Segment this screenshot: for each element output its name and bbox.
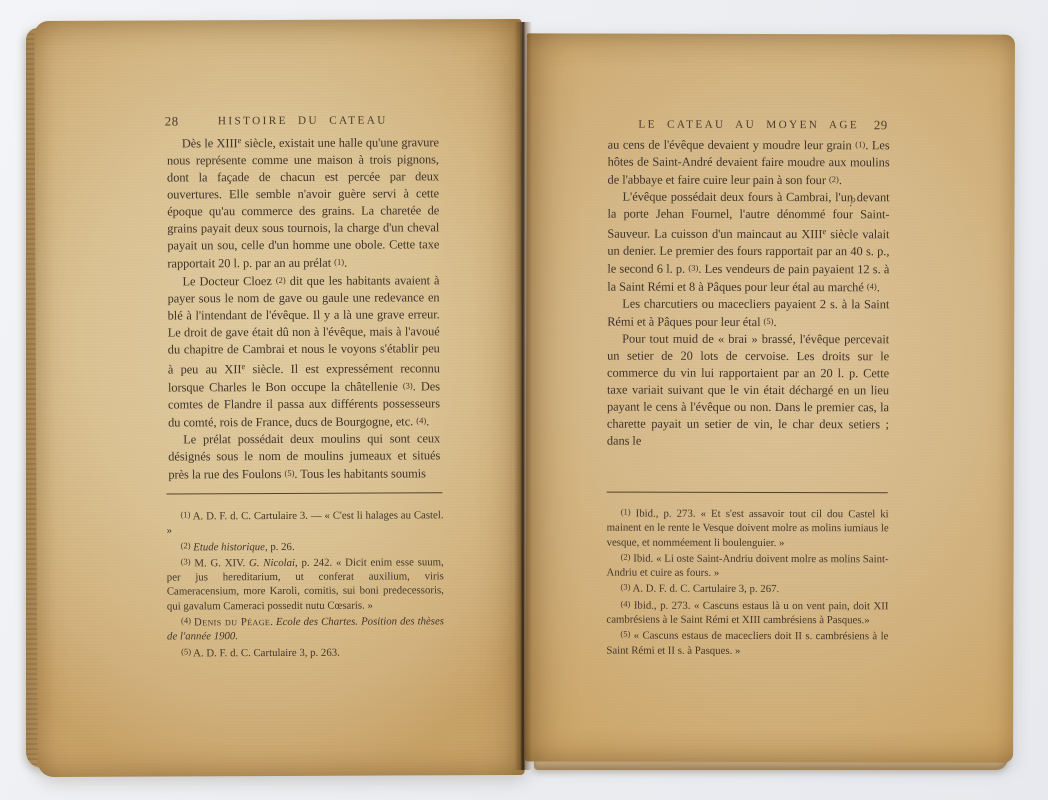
footnote: (4) Denis du Péage. Ecole des Chartes. P… [167,612,444,644]
footnote-rule [166,492,442,494]
paragraph: Le prélat possédait deux moulins qui son… [168,430,440,483]
scanned-book-photo: 28 HISTOIRE DU CATEAU Dès le XIIIe siècl… [0,0,1048,800]
footnote: (3) A. D. F. d. C. Cartulaire 3, p. 267. [606,580,888,597]
right-page: LE CATEAU AU MOYEN AGE 29 ? au cens de l… [525,33,1015,762]
body-text: au cens de l'évêque devaient y moudre le… [607,136,890,451]
paragraph: L'évêque possédait deux fours à Cambrai,… [607,189,889,297]
footnotes: (1) A. D. F. d. C. Cartulaire 3. — « C'e… [166,506,444,660]
footnote: (4) Ibid., p. 273. « Cascuns estaus là u… [606,596,888,627]
footnote: (3) M. G. XIV. G. Nicolai, p. 242. « Dic… [167,553,444,613]
page-number: 29 [874,118,888,133]
page-number: 28 [165,114,179,129]
footnotes: (1) Ibid., p. 273. « Et s'est assavoir t… [606,505,888,659]
paragraph: Les charcutiers ou macecliers payaient 2… [607,296,889,332]
paragraph: Le Docteur Cloez (2) dit que les habitan… [167,271,440,431]
paragraph: au cens de l'évêque devaient y moudre le… [608,136,890,190]
running-title: HISTOIRE DU CATEAU [167,114,439,127]
running-title: LE CATEAU AU MOYEN AGE [608,119,890,132]
footnote: (1) A. D. F. d. C. Cartulaire 3. — « C'e… [166,506,443,538]
footnote: (5) A. D. F. d. C. Cartulaire 3, p. 263. [167,643,444,661]
paragraph: Pour tout muid de « brai » brassé, l'évê… [607,331,889,451]
running-head-left: 28 HISTOIRE DU CATEAU [167,114,439,127]
body-text: Dès le XIIIe siècle, existait une halle … [167,131,441,483]
left-page: 28 HISTOIRE DU CATEAU Dès le XIIIe siècl… [34,19,524,777]
footnote: (2) Etude historique, p. 26. [167,537,444,555]
footnote: (1) Ibid., p. 273. « Et s'est assavoir t… [607,505,889,551]
paragraph: Dès le XIIIe siècle, existait une halle … [167,131,440,272]
footnote: (2) Ibid. « Li oste Saint-Andriu doivent… [607,549,889,580]
footnote-rule [607,492,888,494]
running-head-right: LE CATEAU AU MOYEN AGE 29 [608,119,890,132]
footnote: (5) « Cascuns estaus de macecliers doit … [606,627,888,658]
